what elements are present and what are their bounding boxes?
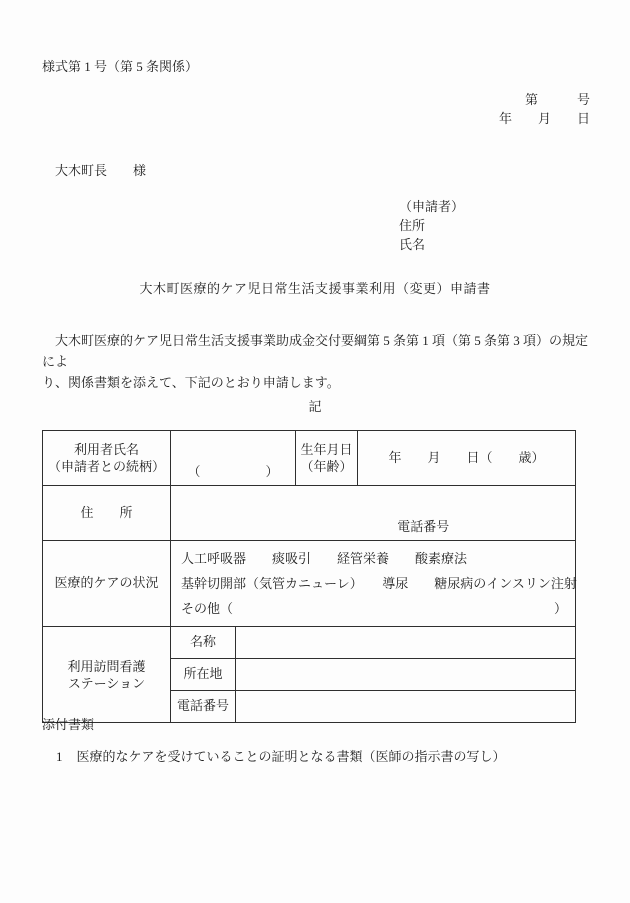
medical-care-options-line1: 人工呼吸器 痰吸引 経管栄養 酸素療法 (181, 546, 567, 571)
station-name-label-cell: 名称 (171, 627, 236, 659)
user-name-label-line1: 利用者氏名 (43, 441, 170, 458)
station-name-value-cell (236, 627, 576, 659)
birthdate-label-cell: 生年月日 （年齢） (296, 431, 358, 486)
birthdate-value-cell: 年 月 日（ 歳） (358, 431, 576, 486)
application-form-table: 利用者氏名 （申請者との続柄） （ ） 生年月日 （年齢） 年 月 日（ 歳） … (42, 430, 576, 723)
station-label-line2: ステーション (43, 675, 170, 692)
birthdate-label-line2: （年齢） (296, 458, 357, 475)
body-line-2: り、関係書類を添えて、下記のとおり申請します。 (42, 372, 590, 393)
body-line-1: 大木町医療的ケア児日常生活支援事業助成金交付要綱第 5 条第 1 項（第 5 条… (42, 330, 590, 372)
address-value-cell: 電話番号 (171, 486, 576, 541)
station-phone-label-cell: 電話番号 (171, 691, 236, 723)
body-paragraph: 大木町医療的ケア児日常生活支援事業助成金交付要綱第 5 条第 1 項（第 5 条… (42, 330, 590, 393)
user-name-value-cell: （ ） (171, 431, 296, 486)
user-name-label-line2: （申請者との続柄） (43, 458, 170, 475)
station-label-line1: 利用訪問看護 (43, 658, 170, 675)
document-page: 様式第 1 号（第 5 条関係） 第 号 年 月 日 大木町長 様 （申請者） … (0, 0, 630, 903)
applicant-address-label: 住所 (399, 216, 464, 235)
medical-care-value-cell: 人工呼吸器 痰吸引 経管栄養 酸素療法 基幹切開部（気管カニューレ） 導尿 糖尿… (171, 541, 576, 627)
document-number-line: 第 号 (499, 90, 590, 109)
applicant-block: （申請者） 住所 氏名 (399, 197, 464, 254)
other-field-close: ） (554, 596, 567, 621)
station-phone-value-cell (236, 691, 576, 723)
document-title: 大木町医療的ケア児日常生活支援事業利用（変更）申請書 (0, 280, 630, 298)
applicant-name-label: 氏名 (399, 235, 464, 254)
document-number-block: 第 号 年 月 日 (499, 90, 590, 128)
user-name-label-cell: 利用者氏名 （申請者との続柄） (43, 431, 171, 486)
birthdate-label-line1: 生年月日 (296, 441, 357, 458)
other-field-open: その他（ (181, 596, 233, 621)
addressee-line: 大木町長 様 (55, 162, 146, 180)
record-marker: 記 (0, 398, 630, 416)
attachment-item-1: 1医療的なケアを受けていることの証明となる書類（医師の指示書の写し） (56, 748, 506, 766)
address-label-cell: 住 所 (43, 486, 171, 541)
attachments-heading: 添付書類 (42, 716, 94, 734)
row-user-name: 利用者氏名 （申請者との続柄） （ ） 生年月日 （年齢） 年 月 日（ 歳） (43, 431, 576, 486)
row-address: 住 所 電話番号 (43, 486, 576, 541)
station-location-label-cell: 所在地 (171, 659, 236, 691)
applicant-heading: （申請者） (399, 197, 464, 216)
row-station-name: 利用訪問看護 ステーション 名称 (43, 627, 576, 659)
medical-care-other-line: その他（ ） (181, 596, 567, 621)
station-label-cell: 利用訪問看護 ステーション (43, 627, 171, 723)
address-phone-label: 電話番号 (397, 518, 449, 536)
medical-care-label-cell: 医療的ケアの状況 (43, 541, 171, 627)
medical-care-options-line2: 基幹切開部（気管カニューレ） 導尿 糖尿病のインスリン注射 (181, 571, 567, 596)
station-location-value-cell (236, 659, 576, 691)
relation-parens: （ ） (188, 464, 279, 479)
row-medical-care: 医療的ケアの状況 人工呼吸器 痰吸引 経管栄養 酸素療法 基幹切開部（気管カニュ… (43, 541, 576, 627)
attachment-item-1-number: 1 (56, 749, 63, 764)
attachment-item-1-text: 医療的なケアを受けていることの証明となる書類（医師の指示書の写し） (77, 749, 506, 764)
date-line: 年 月 日 (499, 109, 590, 128)
form-number: 様式第 1 号（第 5 条関係） (42, 58, 198, 76)
